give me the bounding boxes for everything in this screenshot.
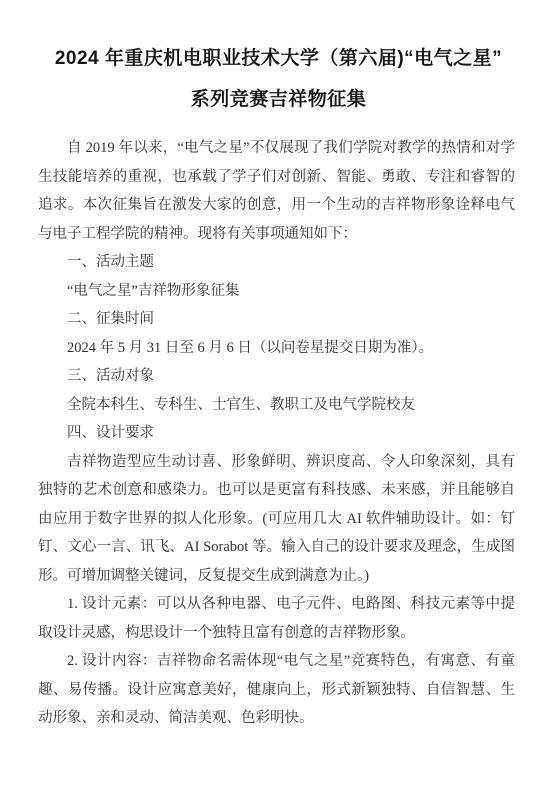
document-title-line1: 2024 年重庆机电职业技术大学（第六届)“电气之星” <box>0 38 557 79</box>
paragraph: 四、设计要求 <box>38 419 515 448</box>
paragraph: 全院本科生、专科生、士官生、教职工及电气学院校友 <box>38 391 515 420</box>
document-body: 自 2019 年以来，“电气之星”不仅展现了我们学院对教学的热情和对学生技能培养… <box>0 134 557 733</box>
paragraph: 吉祥物造型应生动讨喜、形象鲜明、辨识度高、令人印象深刻，具有独特的艺术创意和感染… <box>38 448 515 591</box>
paragraph: 二、征集时间 <box>38 305 515 334</box>
paragraph: 一、活动主题 <box>38 248 515 277</box>
document-title: 2024 年重庆机电职业技术大学（第六届)“电气之星” 系列竞赛吉祥物征集 <box>0 0 557 120</box>
paragraph: “电气之星”吉祥物形象征集 <box>38 277 515 306</box>
paragraph: 2024 年 5 月 31 日至 6 月 6 日（以问卷星提交日期为准）。 <box>38 334 515 363</box>
paragraph: 自 2019 年以来，“电气之星”不仅展现了我们学院对教学的热情和对学生技能培养… <box>38 134 515 248</box>
paragraph: 1. 设计元素：可以从各种电器、电子元件、电路图、科技元素等中提取设计灵感，构思… <box>38 590 515 647</box>
document-page: 2024 年重庆机电职业技术大学（第六届)“电气之星” 系列竞赛吉祥物征集 自 … <box>0 0 557 802</box>
document-title-line2: 系列竞赛吉祥物征集 <box>0 79 557 120</box>
paragraph: 三、活动对象 <box>38 362 515 391</box>
paragraph: 2. 设计内容：吉祥物命名需体现“电气之星”竞赛特色，有寓意、有童趣、易传播。设… <box>38 647 515 733</box>
